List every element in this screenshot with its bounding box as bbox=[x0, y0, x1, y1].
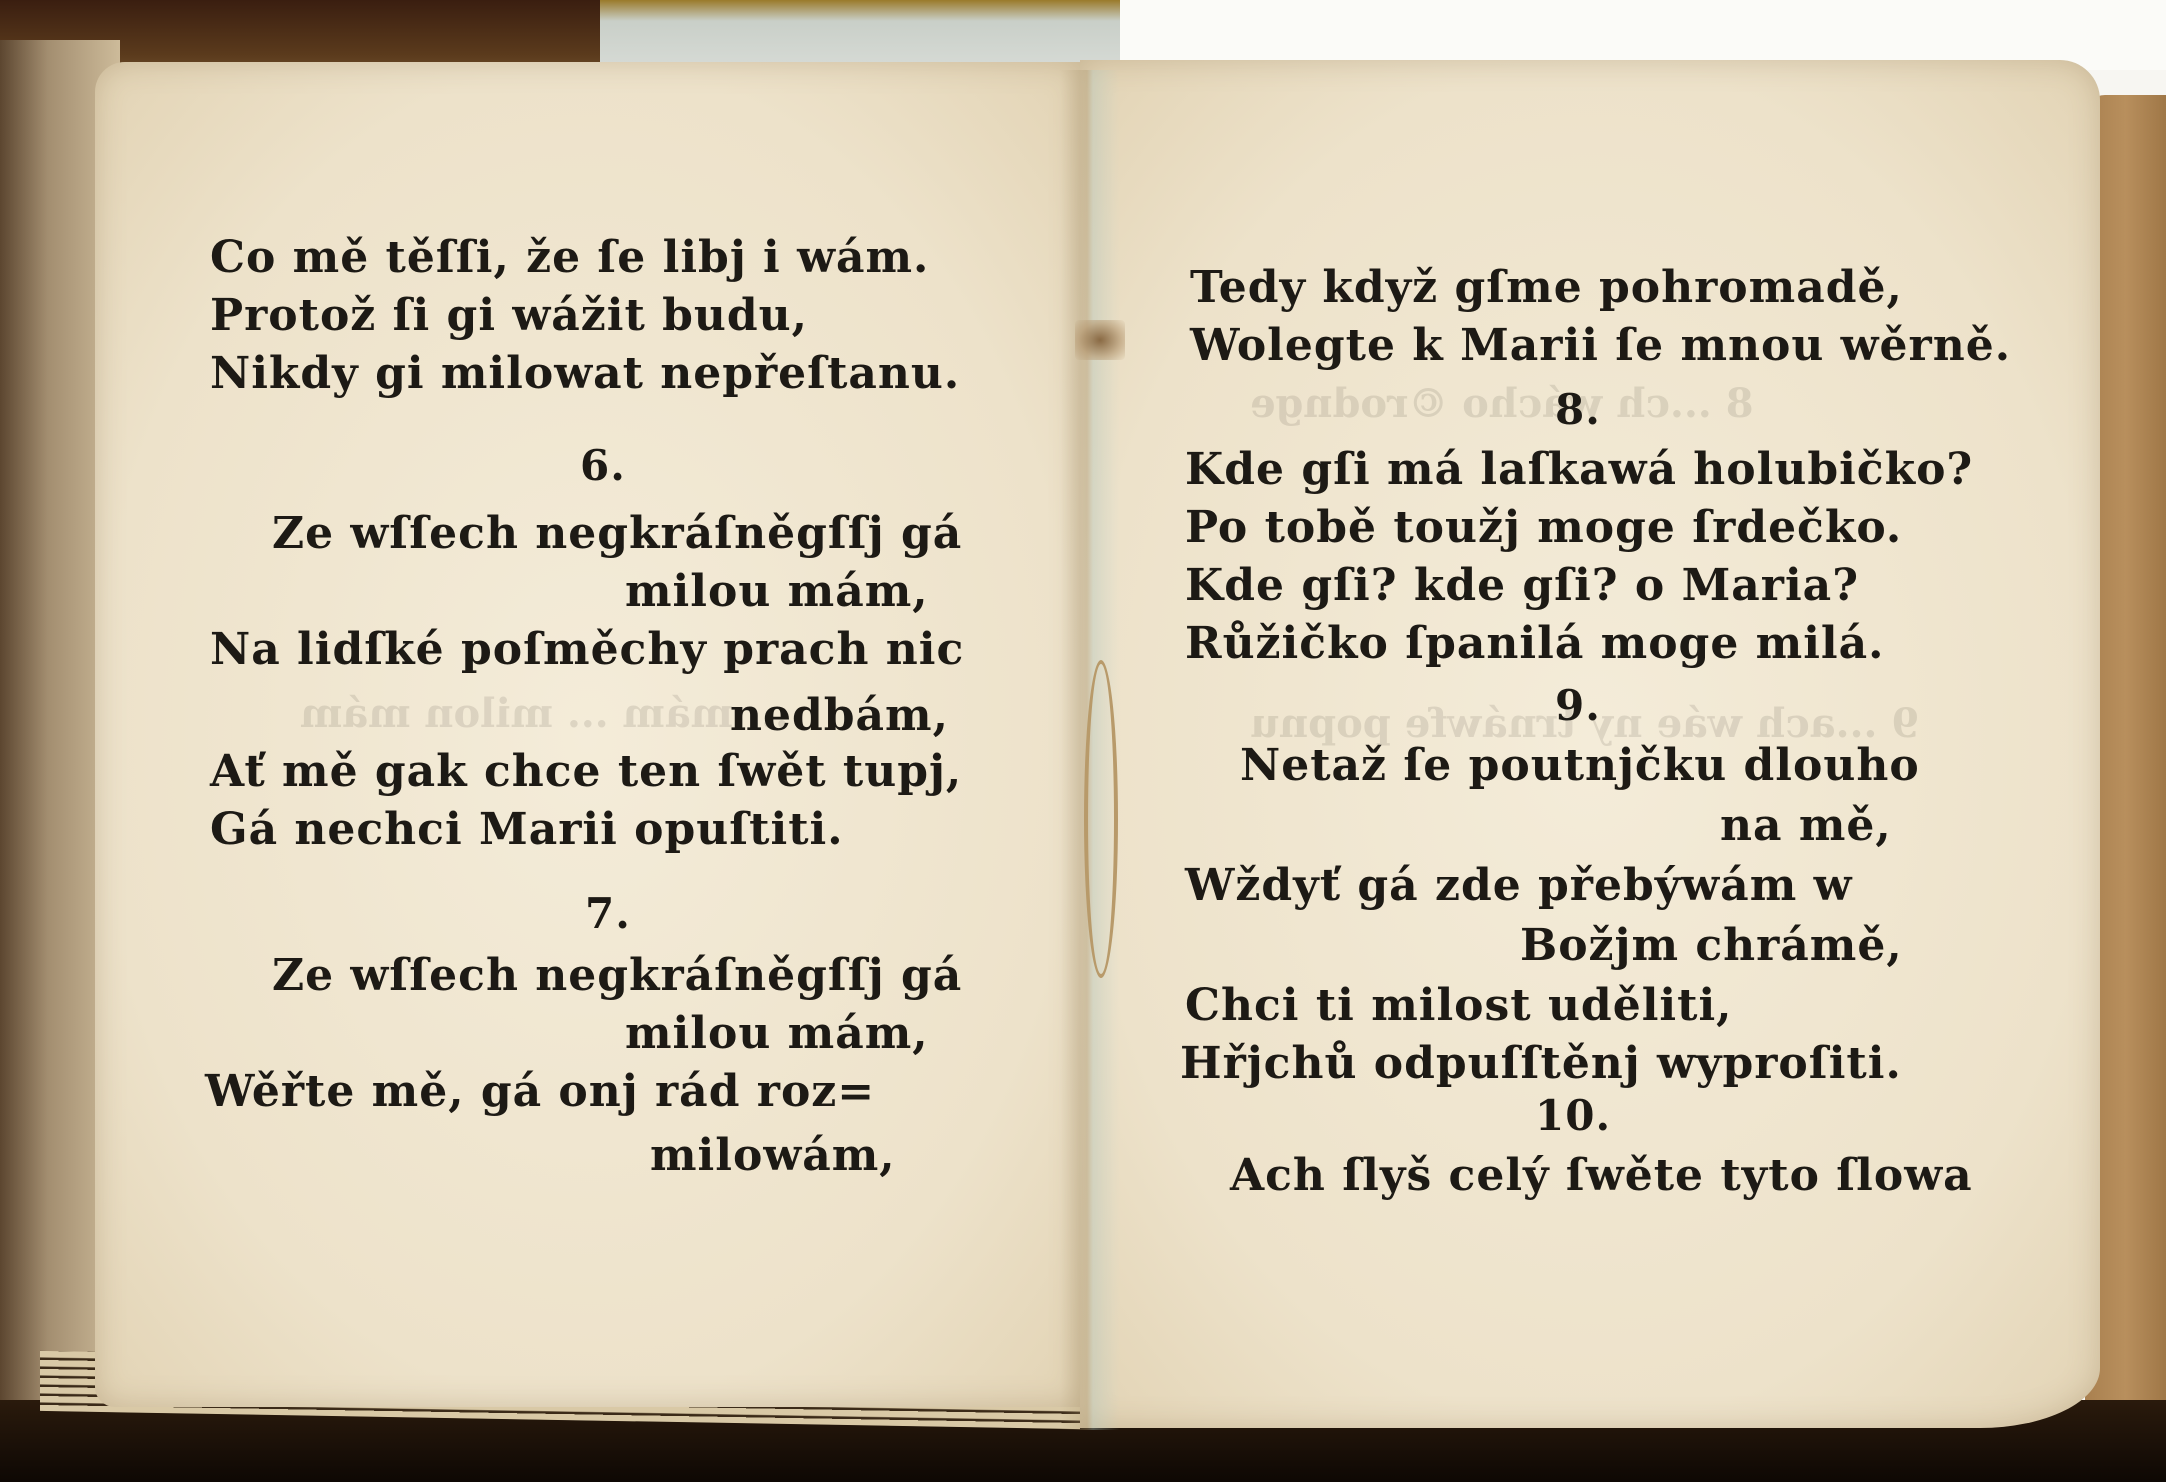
bleed-through-text: ... mám ... milon mám bbox=[300, 690, 789, 737]
verse-line: Gá nechci Marii opuſtiti. bbox=[210, 804, 844, 856]
verse-line: Božjm chrámě, bbox=[1520, 920, 1903, 972]
verse-line: na mě, bbox=[1720, 800, 1892, 852]
stanza-number: 6. bbox=[580, 440, 626, 492]
verse-line: Ať mě gak chce ten ſwět tupj, bbox=[210, 746, 962, 798]
verse-line: Tedy když gſme pohromadě, bbox=[1190, 262, 1903, 314]
verse-line: Ze wſſech negkráſněgſſj gá bbox=[272, 508, 962, 560]
verse-line: Protož ſi gi wážit budu, bbox=[210, 290, 808, 342]
stanza-number: 7. bbox=[585, 888, 631, 940]
verse-line: Wěřte mě, gá onj rád roz= bbox=[205, 1066, 875, 1118]
verse-line: milowám, bbox=[650, 1130, 896, 1182]
verse-line: Netaž ſe poutnjčku dlouho bbox=[1240, 740, 1920, 792]
stanza-number: 9. bbox=[1555, 680, 1601, 732]
verse-line: Po tobě toužj moge ſrdečko. bbox=[1185, 502, 1902, 554]
stanza-number: 10. bbox=[1535, 1090, 1611, 1142]
verse-line: Na lidſké poſměchy prach nic bbox=[210, 624, 964, 676]
stanza-number: 8. bbox=[1555, 384, 1601, 436]
binding-thread-knot bbox=[1075, 320, 1125, 360]
verse-line: Chci ti milost uděliti, bbox=[1185, 980, 1732, 1032]
binding-thread-loop bbox=[1084, 660, 1118, 978]
verse-line: milou mám, bbox=[625, 1008, 929, 1060]
verse-line: nedbám, bbox=[730, 690, 949, 742]
verse-line: milou mám, bbox=[625, 566, 929, 618]
verse-line: Ze wſſech negkráſněgſſj gá bbox=[272, 950, 962, 1002]
verse-line: Ach ſlyš celý ſwěte tyto ſlowa bbox=[1230, 1150, 1973, 1202]
bleed-through-text: 8 ...ch wácho ©rodnge bbox=[1250, 380, 1754, 427]
verse-line: Co mě těſſi, že ſe libj i wám. bbox=[210, 232, 929, 284]
verse-line: Wolegte k Marii ſe mnou wěrně. bbox=[1190, 320, 2011, 372]
verse-line: Nikdy gi milowat nepřeſtanu. bbox=[210, 348, 960, 400]
verse-line: Kde gſi má laſkawá holubičko? bbox=[1185, 444, 1973, 496]
verse-line: Hřjchů odpuſſtěnj wyproſiti. bbox=[1180, 1038, 1902, 1090]
verse-line: Růžičko ſpanilá moge milá. bbox=[1185, 618, 1884, 670]
book-photo: 8 ...ch wácho ©rodnge 9 ...ach wáe ny tr… bbox=[0, 0, 2166, 1482]
verse-line: Wždyť gá zde přebýwám w bbox=[1185, 860, 1852, 912]
background-scanner-glass bbox=[600, 0, 1120, 70]
verse-line: Kde gſi? kde gſi? o Maria? bbox=[1185, 560, 1859, 612]
